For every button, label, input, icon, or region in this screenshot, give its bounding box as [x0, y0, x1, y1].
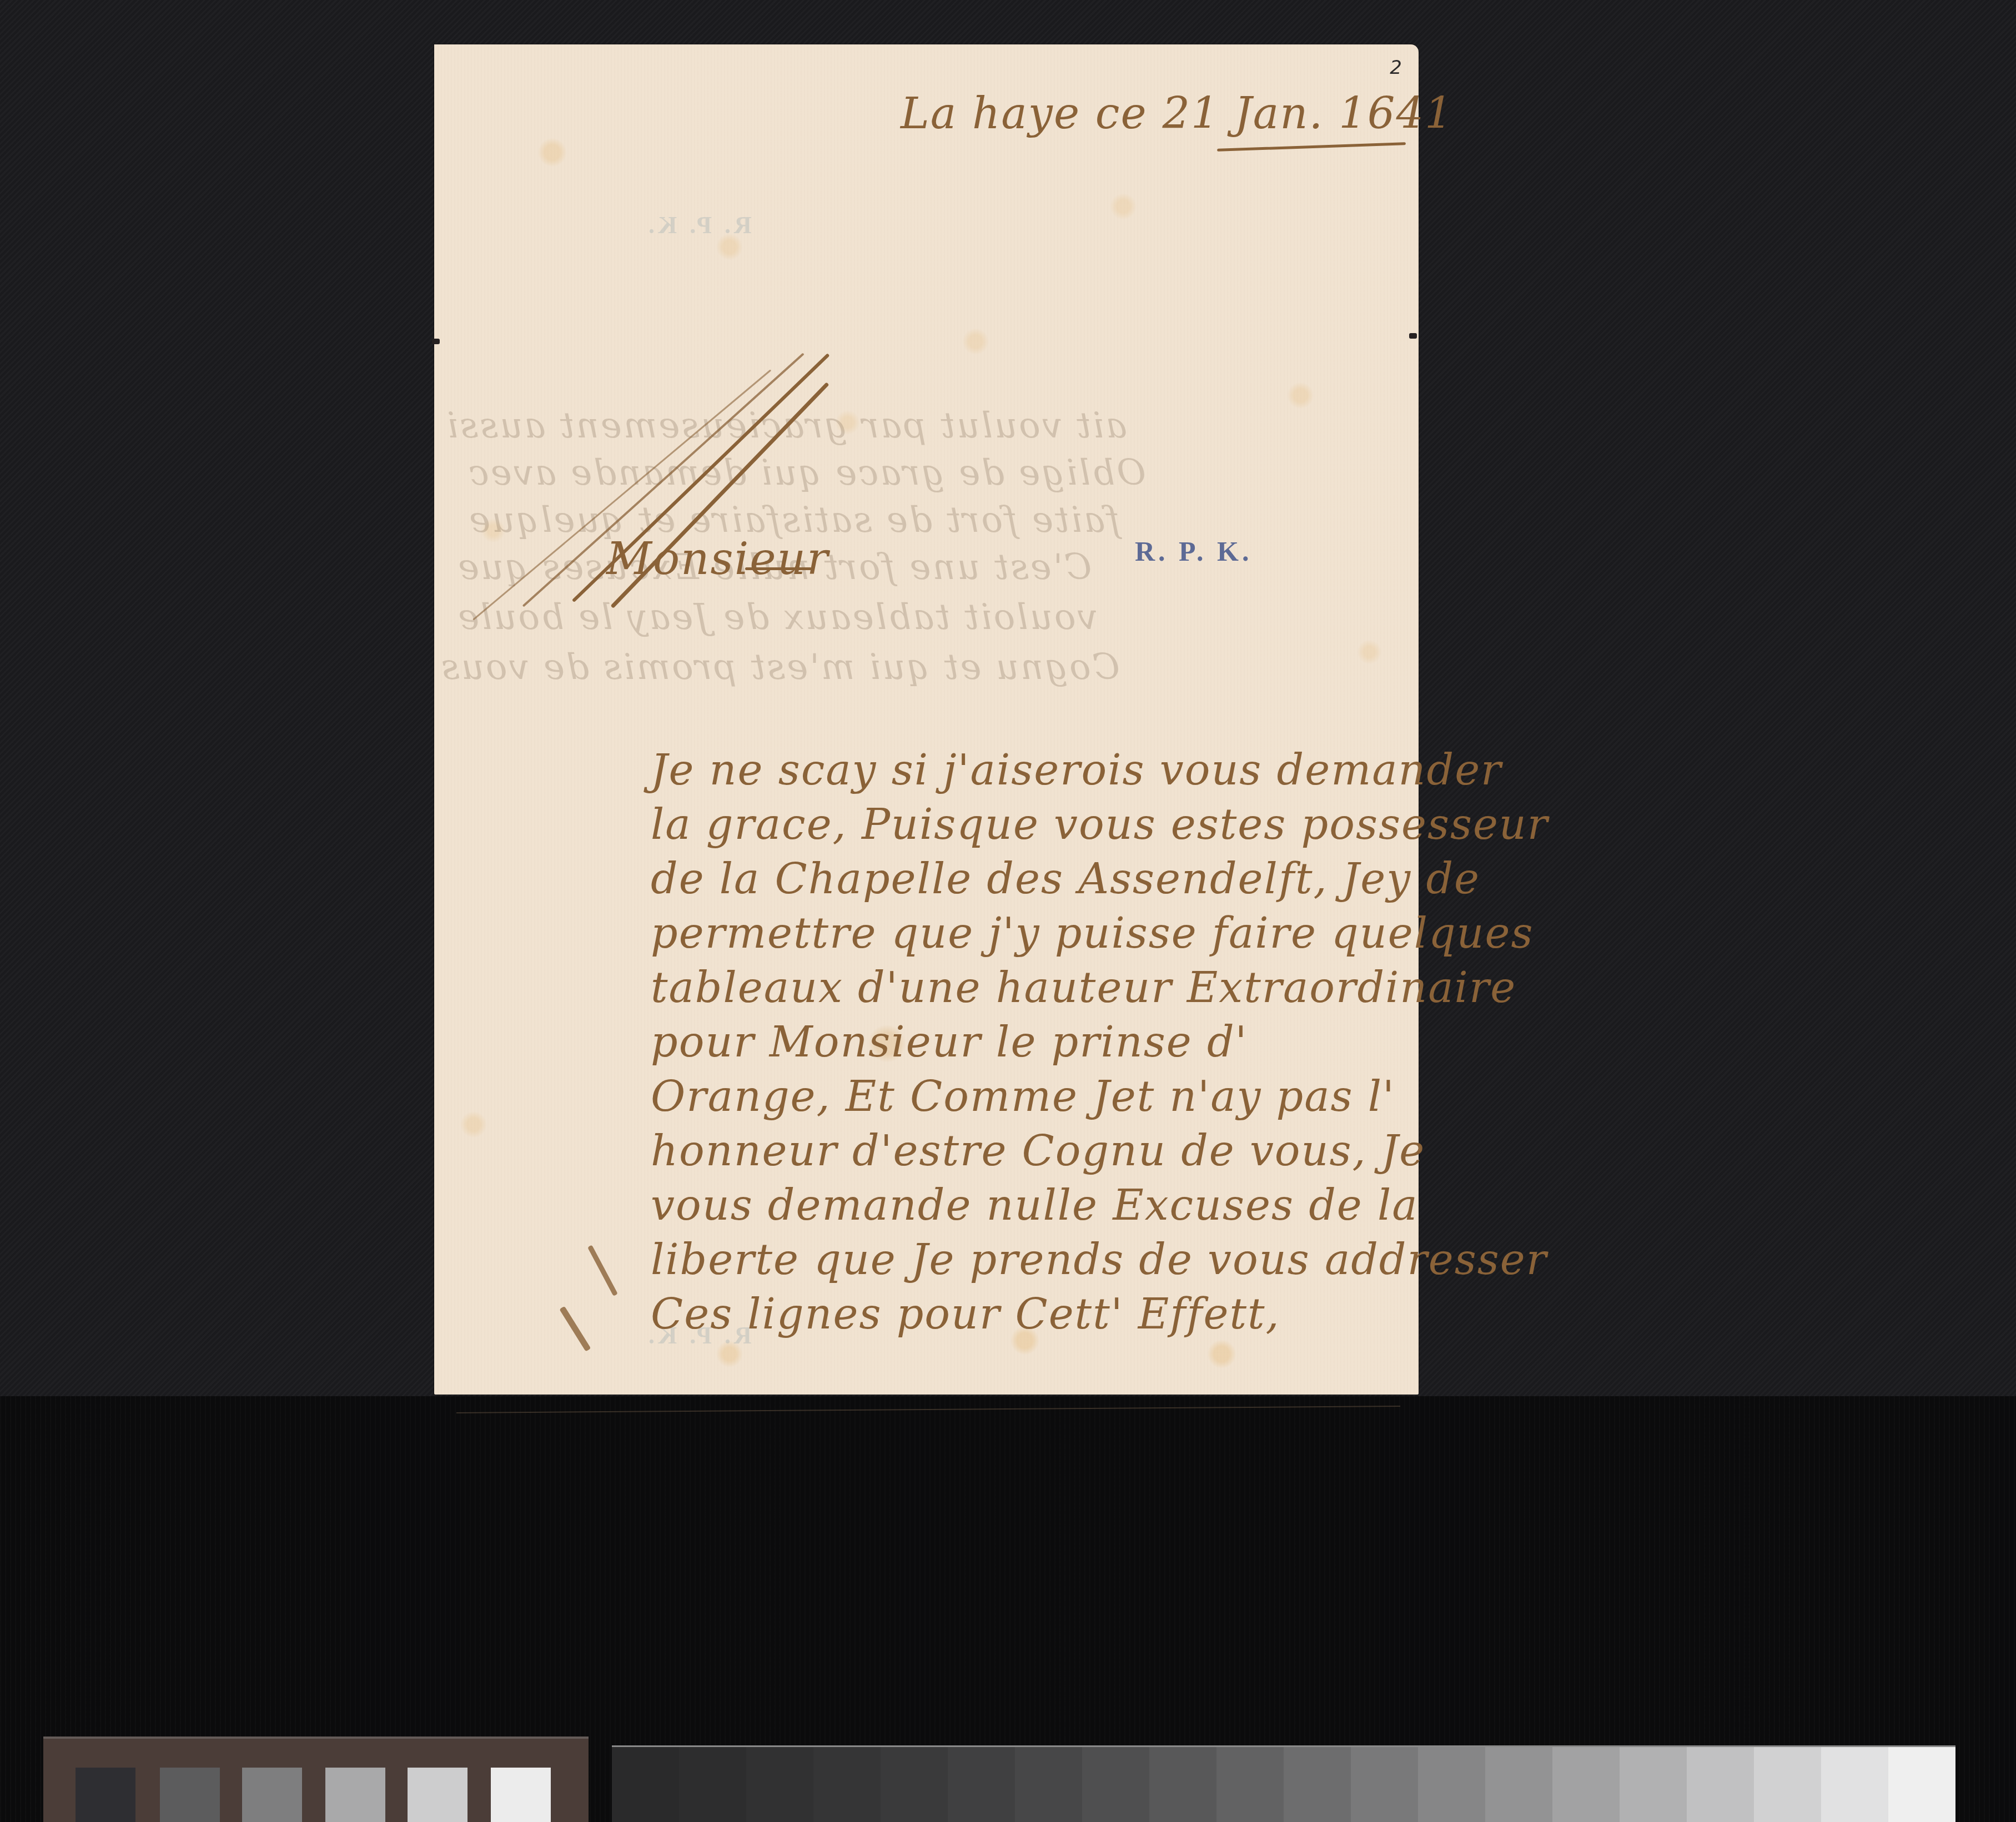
grayscale-step-wedge	[612, 1745, 1955, 1822]
gray-patch	[242, 1768, 302, 1822]
ink-blot	[587, 1245, 618, 1296]
letter-line: de la Chapelle des Assendelft, Jey de	[651, 854, 1480, 903]
letter-line: tableaux d'une hauteur Extraordinaire	[651, 963, 1516, 1012]
collection-stamp: R. P. K.	[1135, 535, 1252, 567]
gray-patch	[491, 1768, 551, 1822]
letter-line: la grace, Puisque vous estes possesseur	[651, 799, 1549, 849]
gray-patch	[76, 1768, 135, 1822]
gray-step	[813, 1747, 881, 1822]
gray-step	[1284, 1747, 1351, 1822]
stamp-ghost: R. P. K.	[645, 211, 752, 239]
binding-mark	[432, 339, 440, 344]
gray-patch	[160, 1768, 220, 1822]
gray-patch	[325, 1768, 385, 1822]
page-number: 2	[1390, 57, 1402, 79]
letter-line: permettre que j'y puisse faire quelques	[651, 908, 1534, 958]
gray-step	[1216, 1747, 1284, 1822]
letter-line: Je ne scay si j'aiserois vous demander	[651, 745, 1502, 794]
gray-step	[1082, 1747, 1149, 1822]
gray-patch	[408, 1768, 467, 1822]
gray-step	[612, 1747, 679, 1822]
gray-step	[1485, 1747, 1552, 1822]
salutation: Monsieur	[606, 533, 829, 585]
dateline: La haye ce 21 Jan. 1641	[901, 89, 1454, 139]
gray-step	[1754, 1747, 1821, 1822]
gray-step	[1552, 1747, 1620, 1822]
dateline-underline	[1217, 142, 1406, 152]
binding-mark	[1409, 333, 1417, 339]
letter-line: honneur d'estre Cognu de vous, Je	[651, 1126, 1425, 1175]
letter-line: vous demande nulle Excuses de la	[651, 1180, 1419, 1230]
gray-step	[679, 1747, 746, 1822]
letter-line: Orange, Et Comme Jet n'ay pas l'	[651, 1071, 1395, 1121]
gray-step	[1687, 1747, 1754, 1822]
gray-step	[1149, 1747, 1216, 1822]
gray-step	[1418, 1747, 1485, 1822]
letter-line: Ces lignes pour Cett' Effett,	[651, 1289, 1280, 1338]
ink-blot	[559, 1306, 591, 1352]
gray-step	[1015, 1747, 1082, 1822]
grayscale-patch-card	[43, 1737, 589, 1822]
gray-step	[1888, 1747, 1955, 1822]
letter-line: pour Monsieur le prinse d'	[651, 1017, 1248, 1066]
letter-line: liberte que Je prends de vous addresser	[651, 1235, 1547, 1284]
gray-step	[948, 1747, 1015, 1822]
gray-step	[746, 1747, 813, 1822]
bleed-through-line: Oblige de grace qui demande avec	[467, 452, 1146, 494]
gray-step	[1351, 1747, 1418, 1822]
bleed-through-line: vouloit tableaux de Jeay le boule	[456, 597, 1098, 638]
bleed-through-line: Cognu et qui m'est promis de vous	[440, 647, 1120, 688]
manuscript-page: 2 ait voulut par gracieusement aussi Obl…	[434, 44, 1419, 1395]
salutation-dash	[745, 567, 812, 570]
gray-step	[1821, 1747, 1888, 1822]
gray-step	[1620, 1747, 1687, 1822]
gray-step	[881, 1747, 948, 1822]
